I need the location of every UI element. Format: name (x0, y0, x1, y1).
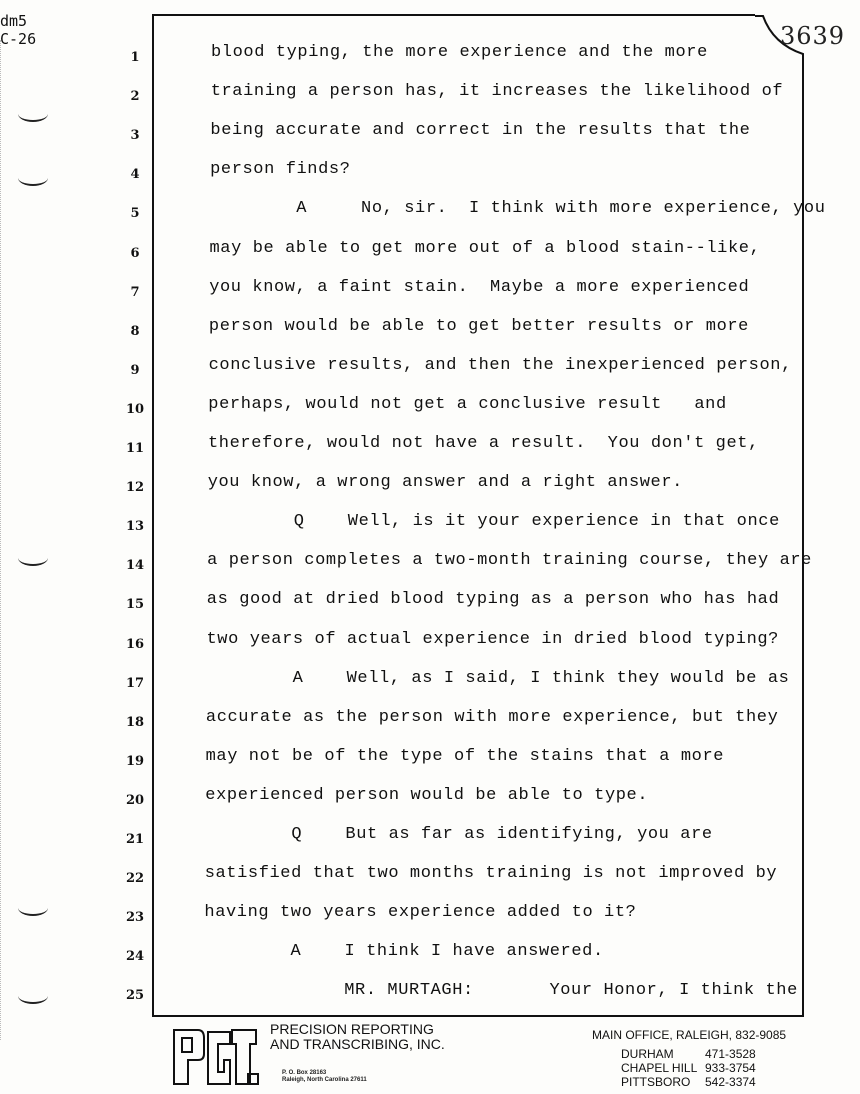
line-number: 1 (120, 50, 150, 65)
company-address: P. O. Box 28163 Raleigh, North Carolina … (282, 1070, 367, 1084)
line-number: 3 (120, 128, 150, 143)
branch-city: PITTSBORO (621, 1075, 705, 1089)
page-number: 3639 (780, 22, 845, 50)
transcript-line: conclusive results, and then the inexper… (209, 356, 792, 375)
transcript-line: therefore, would not have a result. You … (208, 434, 759, 453)
branch-phone: 542-3374 (705, 1075, 756, 1089)
transcript-line: A Well, as I said, I think they would be… (206, 669, 789, 688)
line-number: 10 (120, 402, 150, 417)
transcript-line: a person completes a two-month training … (207, 551, 812, 570)
company-logo (170, 1024, 260, 1088)
transcript-line: you know, a wrong answer and a right ans… (208, 473, 683, 492)
transcript-line: training a person has, it increases the … (211, 82, 784, 101)
transcript-line: person would be able to get better resul… (209, 317, 749, 336)
line-number: 15 (120, 597, 150, 612)
binding-hole-mark (18, 900, 48, 916)
transcript-line: A I think I have answered. (204, 942, 604, 961)
line-number: 11 (120, 441, 150, 456)
transcript-line: may not be of the type of the stains tha… (206, 747, 724, 766)
main-office: MAIN OFFICE, RALEIGH, 832-9085 (592, 1028, 786, 1042)
address-line-2: Raleigh, North Carolina 27611 (282, 1077, 367, 1084)
line-number: 2 (120, 89, 150, 104)
transcript-line: may be able to get more out of a blood s… (210, 239, 761, 258)
transcript-line: being accurate and correct in the result… (210, 121, 750, 140)
branch-row: PITTSBORO 542-3374 (621, 1075, 756, 1089)
branch-phone: 933-3754 (705, 1061, 756, 1075)
company-name-line-2: AND TRANSCRIBING, INC. (270, 1037, 445, 1052)
line-number: 4 (120, 167, 150, 182)
line-number: 20 (120, 793, 150, 808)
line-number: 21 (120, 832, 150, 847)
branch-city: CHAPEL HILL (621, 1061, 705, 1075)
company-name: PRECISION REPORTING AND TRANSCRIBING, IN… (270, 1022, 445, 1052)
line-number: 13 (120, 519, 150, 534)
binding-hole-mark (18, 550, 48, 566)
transcript-line: accurate as the person with more experie… (206, 708, 779, 727)
line-number: 5 (120, 206, 150, 221)
line-number: 25 (120, 988, 150, 1003)
transcript-line: Q But as far as identifying, you are (205, 825, 713, 844)
binding-hole-mark (18, 988, 48, 1004)
line-number: 14 (120, 558, 150, 573)
transcript-line: experienced person would be able to type… (205, 786, 648, 805)
line-number: 22 (120, 871, 150, 886)
transcript-line: two years of actual experience in dried … (207, 630, 780, 649)
transcript-line: blood typing, the more experience and th… (211, 43, 708, 62)
binding-hole-mark (18, 170, 48, 186)
line-number: 18 (120, 715, 150, 730)
transcript-line: person finds? (210, 160, 350, 179)
branch-city: DURHAM (621, 1047, 705, 1061)
transcript-line: having two years experience added to it? (204, 903, 636, 922)
line-number: 24 (120, 949, 150, 964)
line-number: 6 (120, 246, 150, 261)
branch-phone: 471-3528 (705, 1047, 756, 1061)
branch-offices: DURHAM 471-3528 CHAPEL HILL 933-3754 PIT… (621, 1047, 756, 1089)
binding-hole-mark (18, 106, 48, 122)
address-line-1: P. O. Box 28163 (282, 1070, 367, 1077)
branch-row: CHAPEL HILL 933-3754 (621, 1061, 756, 1075)
corner-note-line-2: C-26 (0, 30, 36, 48)
corner-note-line-1: dm5 (0, 12, 36, 30)
transcript-line: MR. MURTAGH: Your Honor, I think the (204, 981, 798, 1000)
line-number: 19 (120, 754, 150, 769)
line-number: 16 (120, 637, 150, 652)
transcript-line: satisfied that two months training is no… (205, 864, 778, 883)
corner-note: dm5 C-26 (0, 12, 36, 48)
branch-row: DURHAM 471-3528 (621, 1047, 756, 1061)
transcript-line: as good at dried blood typing as a perso… (207, 590, 780, 609)
line-number: 8 (120, 324, 150, 339)
company-name-line-1: PRECISION REPORTING (270, 1022, 445, 1037)
line-number: 12 (120, 480, 150, 495)
line-number: 7 (120, 285, 150, 300)
punch-margin (0, 40, 3, 1040)
line-number: 17 (120, 676, 150, 691)
line-number: 9 (120, 363, 150, 378)
line-number: 23 (120, 910, 150, 925)
transcript-line: Q Well, is it your experience in that on… (207, 512, 780, 531)
transcript-line: A No, sir. I think with more experience,… (210, 199, 826, 218)
transcript-line: perhaps, would not get a conclusive resu… (208, 395, 726, 414)
transcript-line: you know, a faint stain. Maybe a more ex… (209, 278, 749, 297)
